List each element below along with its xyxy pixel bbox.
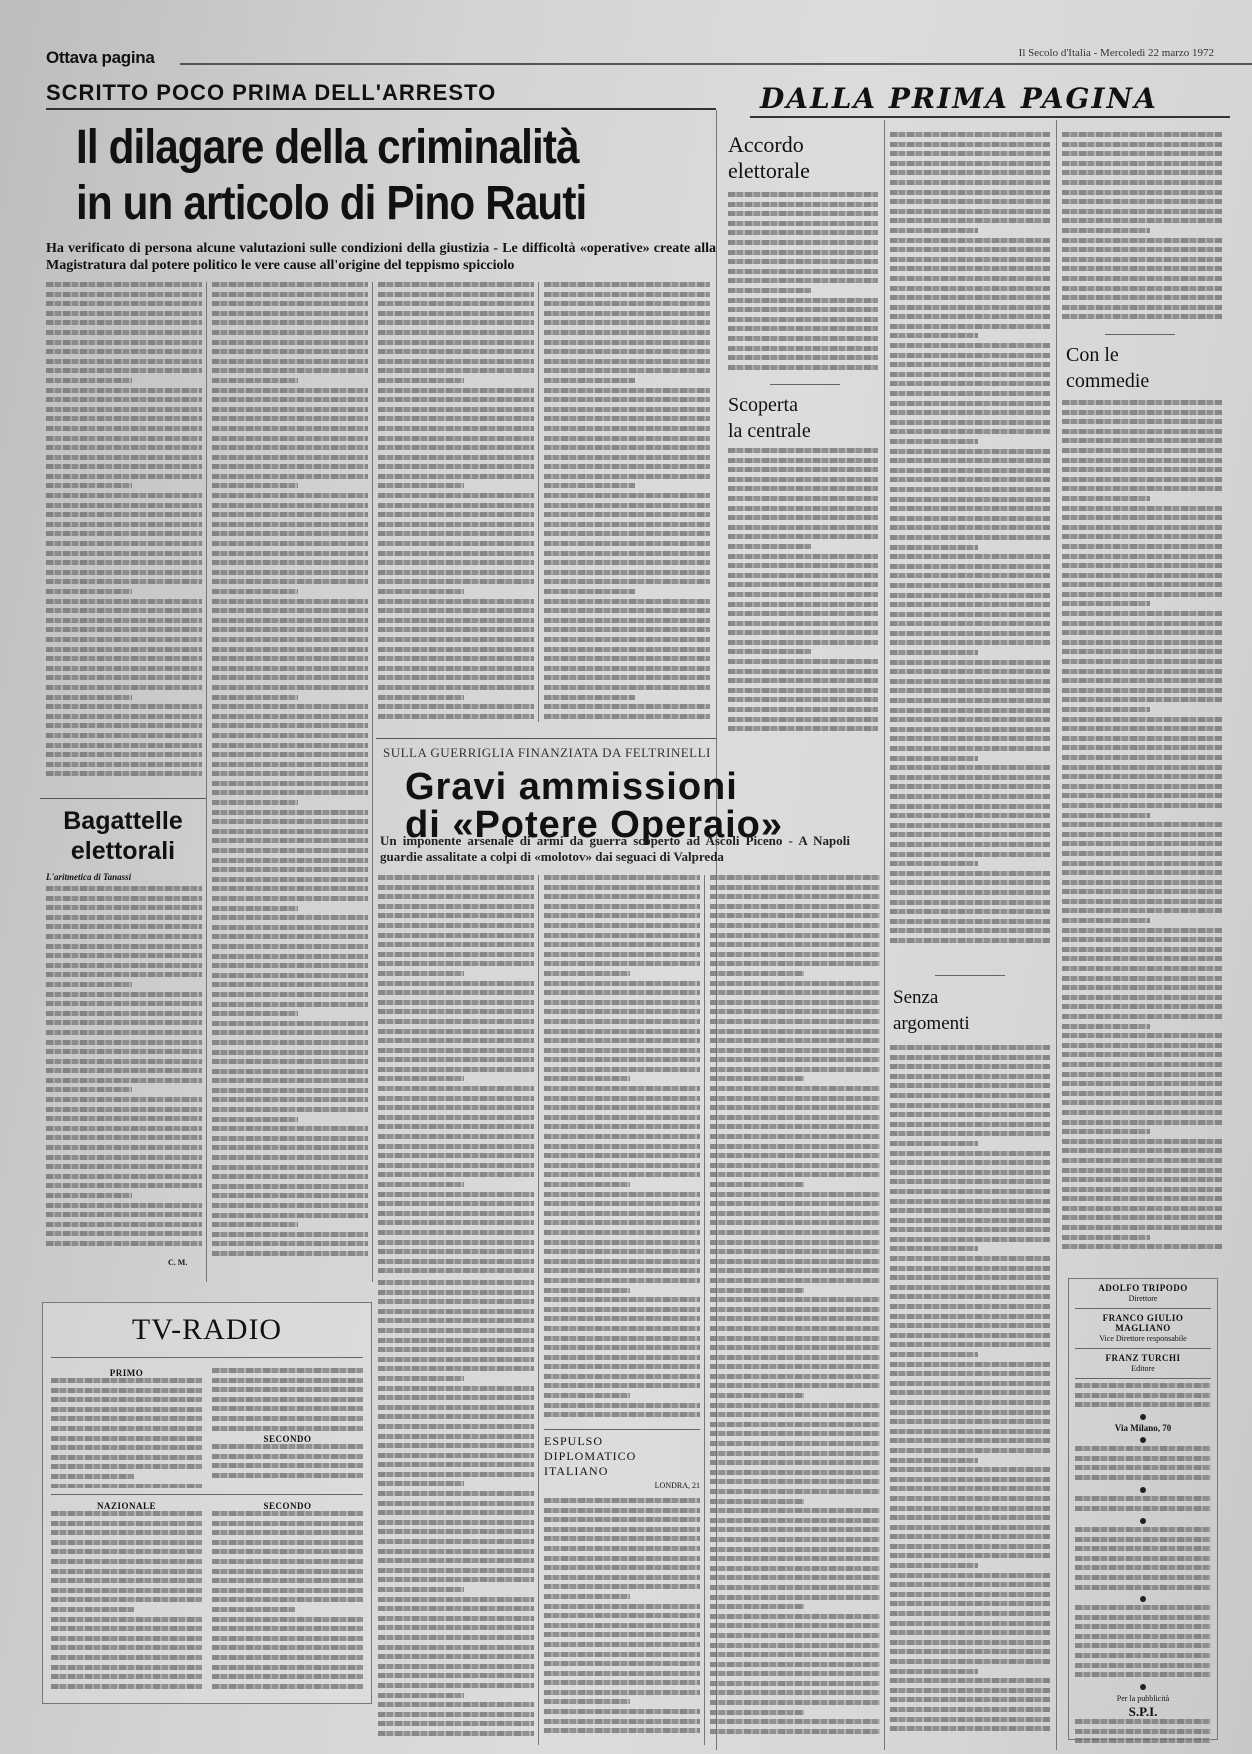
text-line bbox=[890, 1669, 978, 1674]
text-line bbox=[212, 1078, 368, 1083]
text-line bbox=[1062, 448, 1222, 453]
text-line bbox=[1075, 1527, 1211, 1532]
text-line bbox=[212, 666, 368, 671]
item-senza: Senza argomenti bbox=[893, 985, 1043, 1037]
bagattelle-headline: Bagattelle elettorali bbox=[40, 806, 206, 866]
text-line bbox=[890, 324, 1050, 329]
top-rule bbox=[180, 63, 1252, 65]
text-line bbox=[890, 506, 1050, 511]
main-body-col-1 bbox=[46, 282, 202, 787]
colophon-address: Via Milano, 70 bbox=[1075, 1423, 1211, 1434]
text-line bbox=[46, 1116, 202, 1121]
text-line bbox=[728, 307, 878, 312]
text-line bbox=[544, 666, 710, 671]
senza-title-line2: argomenti bbox=[893, 1011, 1043, 1037]
text-line bbox=[46, 570, 202, 575]
text-line bbox=[378, 1462, 534, 1467]
text-line bbox=[212, 1107, 368, 1112]
text-line bbox=[1062, 621, 1222, 626]
text-line bbox=[212, 541, 368, 546]
text-line bbox=[1062, 726, 1222, 731]
text-line bbox=[544, 1172, 700, 1177]
colophon-rule bbox=[1075, 1378, 1211, 1379]
text-line bbox=[1062, 438, 1222, 443]
text-line bbox=[890, 1525, 1050, 1530]
text-line bbox=[212, 512, 368, 517]
text-line bbox=[544, 1249, 700, 1254]
text-line bbox=[728, 211, 878, 216]
text-line bbox=[378, 1019, 534, 1024]
text-line bbox=[710, 961, 880, 966]
text-line bbox=[890, 516, 1050, 521]
text-line bbox=[378, 1549, 534, 1554]
text-line bbox=[46, 685, 202, 690]
text-line bbox=[890, 1246, 978, 1251]
text-line bbox=[890, 919, 1050, 924]
text-line bbox=[890, 477, 1050, 482]
text-line bbox=[378, 1414, 534, 1419]
text-line bbox=[46, 320, 202, 325]
brief-title-line3: ITALIANO bbox=[544, 1464, 700, 1479]
text-line bbox=[46, 340, 202, 345]
text-line bbox=[46, 455, 202, 460]
text-line bbox=[710, 1163, 880, 1168]
text-line bbox=[212, 1626, 363, 1631]
text-line bbox=[46, 647, 202, 652]
text-line bbox=[51, 1665, 202, 1670]
text-line bbox=[890, 545, 978, 550]
text-line bbox=[710, 1508, 880, 1513]
text-line bbox=[51, 1626, 202, 1631]
text-line bbox=[728, 365, 878, 370]
text-line bbox=[46, 1107, 202, 1112]
text-line bbox=[212, 1597, 363, 1602]
text-line bbox=[212, 1011, 298, 1016]
text-line bbox=[378, 1597, 534, 1602]
text-line bbox=[890, 621, 1050, 626]
text-line bbox=[890, 372, 1050, 377]
text-line bbox=[544, 311, 710, 316]
text-line bbox=[890, 640, 1050, 645]
text-line bbox=[212, 560, 368, 565]
text-line bbox=[890, 746, 1050, 751]
text-line bbox=[212, 407, 368, 412]
text-line bbox=[710, 1681, 880, 1686]
text-line bbox=[544, 1211, 700, 1216]
text-line bbox=[710, 1652, 880, 1657]
text-line bbox=[378, 1577, 534, 1582]
text-line bbox=[378, 1731, 534, 1736]
text-line bbox=[544, 1594, 630, 1599]
text-line bbox=[728, 288, 811, 293]
text-line bbox=[544, 990, 700, 995]
text-line bbox=[1062, 745, 1222, 750]
radio-nazionale: NAZIONALE bbox=[51, 1501, 202, 1691]
text-line bbox=[728, 611, 878, 616]
text-line bbox=[46, 637, 202, 642]
text-line bbox=[710, 1393, 804, 1398]
text-line bbox=[212, 349, 368, 354]
text-line bbox=[51, 1426, 202, 1431]
text-line bbox=[890, 420, 1050, 425]
text-line bbox=[890, 286, 1050, 291]
text-line bbox=[544, 541, 710, 546]
text-line bbox=[378, 541, 534, 546]
text-line bbox=[378, 1115, 534, 1120]
text-line bbox=[544, 1355, 700, 1360]
text-line bbox=[378, 647, 534, 652]
text-line bbox=[212, 637, 368, 642]
text-line bbox=[890, 1294, 1050, 1299]
text-line bbox=[1075, 1643, 1211, 1648]
text-line bbox=[544, 1201, 700, 1206]
text-line bbox=[1062, 669, 1222, 674]
text-line bbox=[544, 445, 710, 450]
text-line bbox=[46, 531, 202, 536]
text-line bbox=[212, 858, 368, 863]
text-line bbox=[890, 1467, 1050, 1472]
text-line bbox=[212, 599, 368, 604]
tv-primo-listing bbox=[51, 1378, 202, 1488]
text-line bbox=[46, 445, 202, 450]
text-line bbox=[212, 1569, 363, 1574]
text-line bbox=[46, 1030, 202, 1035]
text-line bbox=[544, 1038, 700, 1043]
text-line bbox=[544, 397, 710, 402]
text-line bbox=[1062, 707, 1150, 712]
main-body-col-2 bbox=[212, 282, 368, 1272]
text-line bbox=[51, 1684, 202, 1689]
text-line bbox=[378, 714, 534, 719]
text-line bbox=[46, 1193, 132, 1198]
text-line bbox=[544, 1220, 700, 1225]
text-line bbox=[728, 554, 878, 559]
colophon-text bbox=[1075, 1527, 1211, 1593]
dalla-col-3 bbox=[1062, 132, 1222, 322]
text-line bbox=[890, 784, 1050, 789]
text-line bbox=[378, 368, 534, 373]
text-line bbox=[710, 1288, 804, 1293]
text-line bbox=[890, 266, 1050, 271]
text-line bbox=[890, 1323, 1050, 1328]
colophon-rule bbox=[1075, 1308, 1211, 1309]
text-line bbox=[1062, 1244, 1222, 1249]
text-line bbox=[378, 608, 534, 613]
text-line bbox=[1075, 1465, 1211, 1470]
text-line bbox=[378, 1211, 534, 1216]
text-line bbox=[378, 531, 534, 536]
text-line bbox=[544, 599, 710, 604]
text-line bbox=[544, 1508, 700, 1513]
text-line bbox=[890, 1621, 1050, 1626]
text-line bbox=[1062, 1062, 1222, 1067]
text-line bbox=[890, 151, 1050, 156]
text-line bbox=[212, 464, 368, 469]
text-line bbox=[544, 579, 710, 584]
text-line bbox=[710, 1259, 880, 1264]
text-line bbox=[46, 1231, 202, 1236]
text-line bbox=[890, 353, 1050, 358]
text-line bbox=[46, 743, 202, 748]
section-rule bbox=[40, 798, 206, 799]
text-line bbox=[890, 228, 978, 233]
text-line bbox=[710, 1422, 880, 1427]
text-line bbox=[378, 1124, 534, 1129]
text-line bbox=[728, 659, 878, 664]
colophon-box: ADOLFO TRIPODO Direttore FRANCO GIULIO M… bbox=[1068, 1278, 1218, 1740]
text-line bbox=[212, 781, 368, 786]
text-line bbox=[46, 1164, 202, 1169]
text-line bbox=[710, 1690, 880, 1695]
text-line bbox=[51, 1588, 202, 1593]
text-line bbox=[890, 1553, 1050, 1558]
text-line bbox=[378, 1693, 464, 1698]
text-line bbox=[378, 1491, 534, 1496]
text-line bbox=[710, 1019, 880, 1024]
text-line bbox=[544, 551, 710, 556]
text-line bbox=[728, 346, 878, 351]
tv-channel-primo: PRIMO bbox=[51, 1368, 202, 1378]
text-line bbox=[544, 426, 710, 431]
text-line bbox=[1062, 496, 1150, 501]
text-line bbox=[212, 1368, 363, 1373]
colophon-text bbox=[1075, 1719, 1211, 1747]
text-line bbox=[378, 1606, 534, 1611]
text-line bbox=[1062, 1052, 1222, 1057]
text-line bbox=[544, 685, 710, 690]
text-line bbox=[46, 656, 202, 661]
text-line bbox=[728, 259, 878, 264]
text-line bbox=[710, 1633, 880, 1638]
text-line bbox=[378, 1587, 464, 1592]
text-line bbox=[890, 362, 1050, 367]
text-line bbox=[378, 599, 534, 604]
text-line bbox=[46, 474, 202, 479]
text-line bbox=[378, 359, 534, 364]
text-line bbox=[1062, 1081, 1222, 1086]
text-line bbox=[1062, 1110, 1222, 1115]
bagattelle-signature: C. M. bbox=[168, 1258, 187, 1267]
text-line bbox=[212, 1136, 368, 1141]
text-line bbox=[378, 503, 534, 508]
text-line bbox=[1062, 976, 1222, 981]
text-line bbox=[212, 963, 368, 968]
text-line bbox=[46, 915, 202, 920]
text-line bbox=[1062, 937, 1222, 942]
text-line bbox=[890, 1333, 1050, 1338]
text-line bbox=[212, 301, 368, 306]
text-line bbox=[710, 1595, 880, 1600]
text-line bbox=[544, 330, 710, 335]
text-line bbox=[544, 1690, 700, 1695]
text-line bbox=[890, 1496, 1050, 1501]
text-line bbox=[728, 640, 878, 645]
text-line bbox=[378, 416, 534, 421]
brief-title-line1: ESPULSO bbox=[544, 1434, 700, 1449]
text-line bbox=[544, 1029, 700, 1034]
radio-secondo-listing bbox=[212, 1511, 363, 1691]
text-line bbox=[378, 1280, 534, 1285]
text-line bbox=[710, 1604, 804, 1609]
text-line bbox=[890, 1601, 1050, 1606]
text-line bbox=[1062, 534, 1222, 539]
commedie-body bbox=[1062, 400, 1222, 1260]
text-line bbox=[212, 1530, 363, 1535]
text-line bbox=[544, 942, 700, 947]
text-line bbox=[710, 1556, 880, 1561]
text-line bbox=[212, 915, 368, 920]
text-line bbox=[544, 1383, 700, 1388]
text-line bbox=[378, 407, 534, 412]
text-line bbox=[544, 952, 700, 957]
text-line bbox=[378, 301, 534, 306]
text-line bbox=[710, 1614, 880, 1619]
text-line bbox=[46, 934, 202, 939]
text-line bbox=[544, 1652, 700, 1657]
text-line bbox=[890, 1717, 1050, 1722]
text-line bbox=[728, 544, 811, 549]
radio-listings: NAZIONALE SECONDO bbox=[43, 1501, 371, 1691]
text-line bbox=[710, 990, 880, 995]
text-line bbox=[890, 449, 1050, 454]
text-line bbox=[890, 708, 1050, 713]
text-line bbox=[212, 1665, 363, 1670]
text-line bbox=[1075, 1556, 1211, 1561]
text-line bbox=[46, 608, 202, 613]
text-line bbox=[212, 455, 368, 460]
text-line bbox=[890, 804, 1050, 809]
text-line bbox=[544, 971, 630, 976]
text-line bbox=[212, 925, 368, 930]
text-line bbox=[378, 1182, 464, 1187]
text-line bbox=[378, 904, 534, 909]
text-line bbox=[378, 952, 534, 957]
tv-listings: PRIMO SECONDO bbox=[43, 1368, 371, 1488]
text-line bbox=[710, 885, 880, 890]
text-line bbox=[1062, 803, 1222, 808]
text-line bbox=[544, 474, 710, 479]
text-line bbox=[1062, 870, 1222, 875]
text-line bbox=[1062, 286, 1222, 291]
text-line bbox=[51, 1455, 202, 1460]
text-line bbox=[1062, 928, 1222, 933]
text-line bbox=[378, 1558, 534, 1563]
text-line bbox=[378, 1529, 534, 1534]
text-line bbox=[212, 771, 368, 776]
text-line bbox=[890, 650, 978, 655]
text-line bbox=[728, 717, 878, 722]
text-line bbox=[890, 1419, 1050, 1424]
text-line bbox=[378, 1366, 534, 1371]
text-line bbox=[46, 714, 202, 719]
text-line bbox=[378, 579, 534, 584]
text-line bbox=[212, 867, 368, 872]
text-line bbox=[212, 877, 368, 882]
text-line bbox=[378, 961, 534, 966]
text-line bbox=[378, 1616, 534, 1621]
text-line bbox=[544, 1345, 700, 1350]
text-line bbox=[46, 589, 132, 594]
text-line bbox=[46, 407, 202, 412]
bullet-icon bbox=[1140, 1518, 1146, 1524]
text-line bbox=[1062, 180, 1222, 185]
feltrinelli-col-1b bbox=[378, 1280, 534, 1740]
text-line bbox=[378, 875, 534, 880]
text-line bbox=[544, 378, 635, 383]
text-line bbox=[890, 343, 1050, 348]
text-line bbox=[46, 1068, 202, 1073]
text-line bbox=[212, 1674, 363, 1679]
text-line bbox=[46, 1078, 202, 1083]
kicker-rule bbox=[46, 108, 716, 110]
text-line bbox=[212, 906, 298, 911]
text-line bbox=[890, 1141, 978, 1146]
main-subheadline: Ha verificato di persona alcune valutazi… bbox=[46, 240, 716, 274]
tv-primo: PRIMO bbox=[51, 1368, 202, 1488]
text-line bbox=[890, 909, 1050, 914]
text-line bbox=[544, 704, 710, 709]
text-line bbox=[46, 512, 202, 517]
text-line bbox=[378, 1240, 534, 1245]
text-line bbox=[378, 522, 534, 527]
text-line bbox=[51, 1578, 202, 1583]
text-line bbox=[710, 1326, 880, 1331]
commedie-title-line1: Con le bbox=[1066, 342, 1216, 368]
text-line bbox=[544, 1374, 700, 1379]
text-line bbox=[544, 1671, 700, 1676]
text-line bbox=[212, 1030, 368, 1035]
text-line bbox=[890, 1515, 1050, 1520]
text-line bbox=[710, 1220, 880, 1225]
text-line bbox=[544, 981, 700, 986]
dalla-rule bbox=[750, 116, 1230, 118]
text-line bbox=[890, 132, 1050, 137]
text-line bbox=[890, 295, 1050, 300]
text-line bbox=[1062, 295, 1222, 300]
text-line bbox=[212, 320, 368, 325]
text-line bbox=[710, 1623, 880, 1628]
text-line bbox=[212, 752, 368, 757]
text-line bbox=[212, 1050, 368, 1055]
text-line bbox=[212, 1444, 363, 1449]
text-line bbox=[212, 800, 298, 805]
text-line bbox=[378, 445, 534, 450]
text-line bbox=[1062, 813, 1150, 818]
text-line bbox=[46, 330, 202, 335]
text-line bbox=[1062, 918, 1150, 923]
text-line bbox=[212, 483, 298, 488]
text-line bbox=[890, 487, 1050, 492]
text-line bbox=[890, 458, 1050, 463]
text-line bbox=[46, 378, 132, 383]
text-line bbox=[1062, 755, 1222, 760]
text-line bbox=[46, 522, 202, 527]
text-line bbox=[378, 1309, 534, 1314]
senza-body bbox=[890, 1045, 1050, 1740]
text-line bbox=[212, 1426, 363, 1431]
text-line bbox=[1062, 1043, 1222, 1048]
text-line bbox=[212, 1117, 298, 1122]
text-line bbox=[710, 1719, 880, 1724]
text-line bbox=[212, 1203, 368, 1208]
scoperta-title-line2: la centrale bbox=[728, 418, 878, 444]
text-line bbox=[890, 554, 1050, 559]
text-line bbox=[544, 282, 710, 287]
text-line bbox=[710, 1249, 880, 1254]
dalla-prima-title: DALLA PRIMA PAGINA bbox=[760, 82, 1158, 115]
text-line bbox=[1062, 1024, 1150, 1029]
text-line bbox=[1062, 1225, 1222, 1230]
